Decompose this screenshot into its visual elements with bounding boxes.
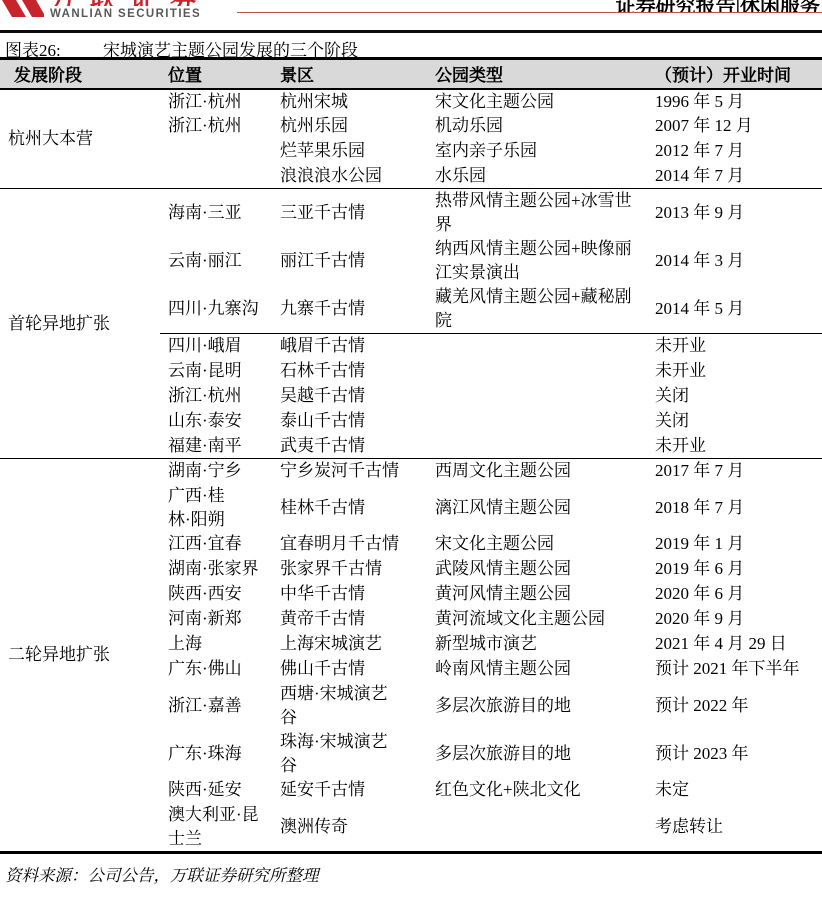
type-cell: 热带风情主题公园+冰雪世 界 [427, 189, 647, 238]
scenic-cell: 武夷千古情 [272, 434, 427, 459]
source-note: 资料来源：公司公告，万联证券研究所整理 [0, 854, 822, 886]
figure-title: 宋城演艺主题公园发展的三个阶段 [103, 36, 358, 61]
scenic-cell: 杭州乐园 [272, 114, 427, 139]
opening-cell: 2014 年 3 月 [647, 237, 822, 285]
report-category: 证券研究报告|休闲服务 [616, 0, 820, 12]
type-cell [427, 409, 647, 434]
opening-cell: 2013 年 9 月 [647, 189, 822, 238]
opening-cell: 2018 年 7 月 [647, 484, 822, 532]
location-cell: 山东·泰安 [160, 409, 272, 434]
scenic-cell: 吴越千古情 [272, 384, 427, 409]
location-cell: 河南·新郑 [160, 607, 272, 632]
type-cell [427, 384, 647, 409]
location-cell: 湖南·张家界 [160, 557, 272, 582]
type-cell: 宋文化主题公园 [427, 532, 647, 557]
type-cell: 黄河风情主题公园 [427, 582, 647, 607]
type-cell: 漓江风情主题公园 [427, 484, 647, 532]
type-cell: 室内亲子乐园 [427, 139, 647, 164]
scenic-cell: 宜春明月千古情 [272, 532, 427, 557]
scenic-cell: 澳洲传奇 [272, 803, 427, 853]
location-cell: 江西·宜春 [160, 532, 272, 557]
type-cell: 武陵风情主题公园 [427, 557, 647, 582]
type-cell [427, 334, 647, 359]
scenic-cell: 延安千古情 [272, 778, 427, 803]
type-cell [427, 803, 647, 853]
scenic-cell: 西塘·宋城演艺 谷 [272, 682, 427, 730]
type-cell [427, 434, 647, 459]
type-cell: 藏羌风情主题公园+藏秘剧 院 [427, 285, 647, 334]
scenic-cell: 上海宋城演艺 [272, 632, 427, 657]
opening-cell: 1996 年 5 月 [647, 89, 822, 114]
location-cell: 广西·桂 林·阳朔 [160, 484, 272, 532]
opening-cell: 2014 年 7 月 [647, 164, 822, 189]
stage-cell: 杭州大本营 [0, 89, 160, 189]
brand-chinese-clipped: 万联证券 [50, 0, 230, 6]
column-header-stage: 发展阶段 [0, 59, 160, 89]
scenic-cell: 宁乡炭河千古情 [272, 459, 427, 484]
location-cell: 四川·九寨沟 [160, 285, 272, 334]
opening-cell: 2019 年 6 月 [647, 557, 822, 582]
location-cell: 云南·丽江 [160, 237, 272, 285]
opening-cell: 未开业 [647, 334, 822, 359]
opening-cell: 关闭 [647, 409, 822, 434]
scenic-cell: 泰山千古情 [272, 409, 427, 434]
table-row: 杭州大本营浙江·杭州杭州宋城宋文化主题公园1996 年 5 月 [0, 89, 822, 114]
type-cell: 多层次旅游目的地 [427, 682, 647, 730]
type-cell: 纳西风情主题公园+映像丽 江实景演出 [427, 237, 647, 285]
opening-cell: 2007 年 12 月 [647, 114, 822, 139]
opening-cell: 预计 2023 年 [647, 730, 822, 778]
park-development-table: 发展阶段 位置 景区 公园类型 （预计）开业时间 杭州大本营浙江·杭州杭州宋城宋… [0, 57, 822, 854]
column-header-location: 位置 [160, 59, 272, 89]
type-cell: 水乐园 [427, 164, 647, 189]
scenic-cell: 九寨千古情 [272, 285, 427, 334]
location-cell: 广东·佛山 [160, 657, 272, 682]
scenic-cell: 烂苹果乐园 [272, 139, 427, 164]
scenic-cell: 石林千古情 [272, 359, 427, 384]
location-cell: 澳大利亚·昆 士兰 [160, 803, 272, 853]
location-cell: 陕西·西安 [160, 582, 272, 607]
opening-cell: 2012 年 7 月 [647, 139, 822, 164]
figure-caption: 图表26: 宋城演艺主题公园发展的三个阶段 [0, 33, 822, 57]
stage-cell: 二轮异地扩张 [0, 459, 160, 853]
location-cell: 上海 [160, 632, 272, 657]
column-header-opening: （预计）开业时间 [647, 59, 822, 89]
opening-cell: 2021 年 4 月 29 日 [647, 632, 822, 657]
table-header-row: 发展阶段 位置 景区 公园类型 （预计）开业时间 [0, 59, 822, 89]
scenic-cell: 中华千古情 [272, 582, 427, 607]
type-cell: 西周文化主题公园 [427, 459, 647, 484]
location-cell: 福建·南平 [160, 434, 272, 459]
opening-cell: 预计 2022 年 [647, 682, 822, 730]
table-row: 首轮异地扩张海南·三亚三亚千古情热带风情主题公园+冰雪世 界2013 年 9 月 [0, 189, 822, 238]
page-header: 万联证券 WANLIAN SECURITIES 证券研究报告|休闲服务 [0, 0, 822, 33]
opening-cell: 2014 年 5 月 [647, 285, 822, 334]
type-cell: 宋文化主题公园 [427, 89, 647, 114]
opening-cell: 未开业 [647, 359, 822, 384]
type-cell [427, 359, 647, 384]
location-cell: 陕西·延安 [160, 778, 272, 803]
scenic-cell: 峨眉千古情 [272, 334, 427, 359]
type-cell: 岭南风情主题公园 [427, 657, 647, 682]
column-header-type: 公园类型 [427, 59, 647, 89]
location-cell: 浙江·杭州 [160, 384, 272, 409]
opening-cell: 考虑转让 [647, 803, 822, 853]
opening-cell: 关闭 [647, 384, 822, 409]
opening-cell: 2020 年 9 月 [647, 607, 822, 632]
opening-cell: 2017 年 7 月 [647, 459, 822, 484]
scenic-cell: 珠海·宋城演艺 谷 [272, 730, 427, 778]
location-cell: 四川·峨眉 [160, 334, 272, 359]
table-body: 杭州大本营浙江·杭州杭州宋城宋文化主题公园1996 年 5 月浙江·杭州杭州乐园… [0, 89, 822, 853]
column-header-scenic: 景区 [272, 59, 427, 89]
scenic-cell: 浪浪浪水公园 [272, 164, 427, 189]
scenic-cell: 丽江千古情 [272, 237, 427, 285]
scenic-cell: 黄帝千古情 [272, 607, 427, 632]
location-cell: 浙江·杭州 [160, 114, 272, 139]
scenic-cell: 张家界千古情 [272, 557, 427, 582]
opening-cell: 预计 2021 年下半年 [647, 657, 822, 682]
scenic-cell: 佛山千古情 [272, 657, 427, 682]
opening-cell: 未开业 [647, 434, 822, 459]
type-cell: 机动乐园 [427, 114, 647, 139]
location-cell: 浙江·杭州 [160, 89, 272, 114]
location-cell: 浙江·嘉善 [160, 682, 272, 730]
location-cell: 海南·三亚 [160, 189, 272, 238]
scenic-cell: 桂林千古情 [272, 484, 427, 532]
scenic-cell: 杭州宋城 [272, 89, 427, 114]
header-red-rule [237, 12, 822, 13]
stage-cell: 首轮异地扩张 [0, 189, 160, 459]
location-cell [160, 164, 272, 189]
location-cell: 湖南·宁乡 [160, 459, 272, 484]
brand-name: WANLIAN SECURITIES [50, 8, 201, 20]
opening-cell: 未定 [647, 778, 822, 803]
scenic-cell: 三亚千古情 [272, 189, 427, 238]
type-cell: 红色文化+陕北文化 [427, 778, 647, 803]
location-cell [160, 139, 272, 164]
figure-label: 图表26: [5, 36, 61, 61]
location-cell: 云南·昆明 [160, 359, 272, 384]
type-cell: 黄河流域文化主题公园 [427, 607, 647, 632]
table-row: 二轮异地扩张湖南·宁乡宁乡炭河千古情西周文化主题公园2017 年 7 月 [0, 459, 822, 484]
type-cell: 新型城市演艺 [427, 632, 647, 657]
type-cell: 多层次旅游目的地 [427, 730, 647, 778]
opening-cell: 2020 年 6 月 [647, 582, 822, 607]
location-cell: 广东·珠海 [160, 730, 272, 778]
opening-cell: 2019 年 1 月 [647, 532, 822, 557]
wanlian-logo-icon [2, 0, 44, 17]
